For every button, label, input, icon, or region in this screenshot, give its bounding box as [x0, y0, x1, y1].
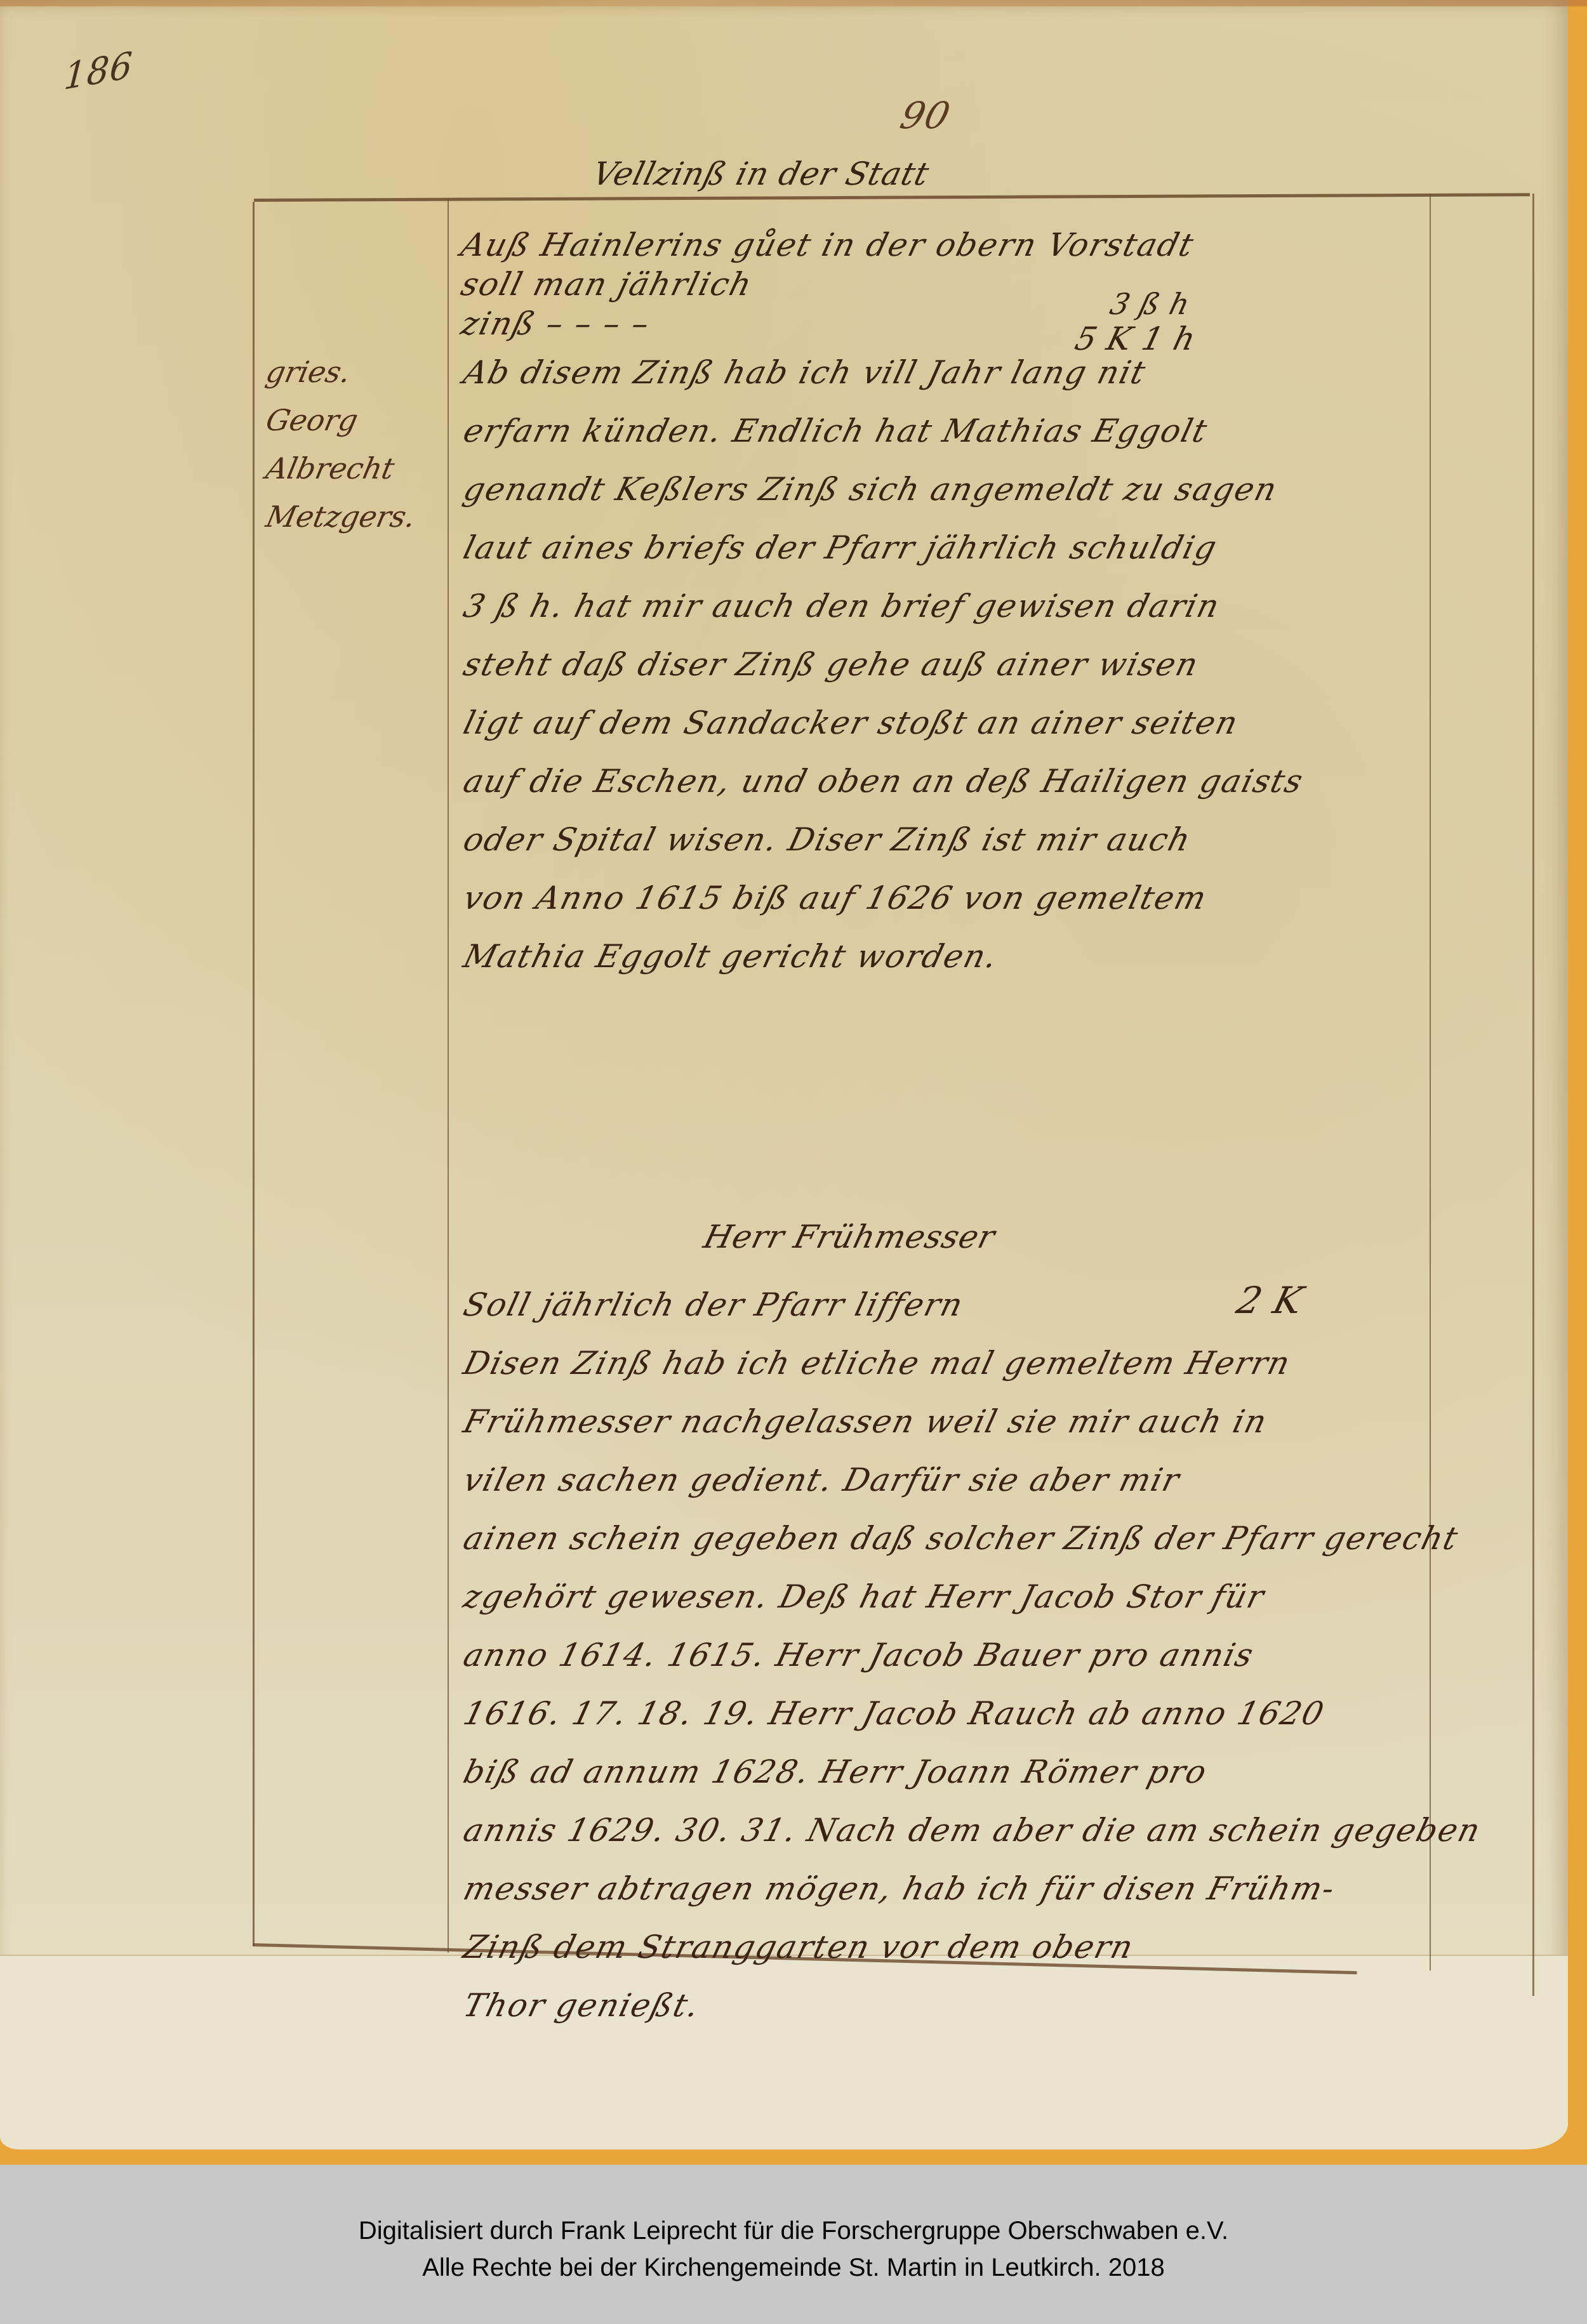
leaf-number: 90: [896, 94, 955, 137]
entry-line: oder Spital wisen. Diser Zinß ist mir au…: [457, 810, 1449, 869]
entry-line: Disen Zinß hab ich etliche mal gemeltem …: [457, 1334, 1449, 1392]
entry-1-amount-bottom: 5 K 1 h: [1072, 320, 1200, 357]
entry-line: genandt Keßlers Zinß sich angemeldt zu s…: [457, 460, 1449, 518]
entry-2-title: Herr Frühmesser: [700, 1218, 999, 1255]
entry-line: von Anno 1615 biß auf 1626 von gemeltem: [457, 869, 1449, 927]
entry-line: ainen schein gegeben daß solcher Zinß de…: [457, 1509, 1449, 1568]
entry-line: Thor genießt.: [457, 1976, 1449, 2035]
entry-line: anno 1614. 1615. Herr Jacob Bauer pro an…: [457, 1626, 1449, 1684]
entry-line: ligt auf dem Sandacker stoßt an ainer se…: [457, 694, 1449, 752]
page-top-edge: [0, 0, 1587, 6]
page-heading: Vellzinß in der Statt: [589, 155, 933, 192]
entry-line: Frühmesser nachgelassen weil sie mir auc…: [457, 1392, 1449, 1451]
margin-note-line: Albrecht: [262, 444, 443, 492]
entry-line: steht daß diser Zinß gehe auß ainer wise…: [457, 635, 1449, 694]
margin-column-rule: [448, 198, 449, 1953]
entry-line: 1616. 17. 18. 19. Herr Jacob Rauch ab an…: [457, 1684, 1449, 1743]
table-left-rule: [253, 202, 255, 1946]
table-top-rule: [254, 193, 1530, 202]
entry-line: zinß – – – –: [457, 304, 1444, 343]
entry-line: Mathia Eggolt gericht worden.: [457, 927, 1449, 986]
caption-line-rights: Alle Rechte bei der Kirchengemeinde St. …: [0, 2254, 1587, 2282]
margin-note: gries. Georg Albrecht Metzgers.: [267, 348, 438, 541]
margin-note-line: gries.: [262, 348, 443, 396]
entry-line: auf die Eschen, und oben an deß Hailigen…: [457, 752, 1449, 810]
entry-1: Auß Hainlerins gůet in der obern Vorstad…: [457, 225, 1435, 986]
entry-1-amount-top: 3 ß h: [1106, 287, 1193, 321]
entry-line: Auß Hainlerins gůet in der obern Vorstad…: [457, 225, 1444, 265]
copyright-caption: Digitalisiert durch Frank Leiprecht für …: [0, 2165, 1587, 2324]
caption-line-digitized-by: Digitalisiert durch Frank Leiprecht für …: [0, 2217, 1587, 2245]
manuscript-page: 186 90 Vellzinß in der Statt gries. Geor…: [0, 0, 1568, 2148]
margin-note-line: Metzgers.: [262, 492, 443, 541]
folio-number: 186: [62, 44, 134, 99]
entry-line: Ab disem Zinß hab ich vill Jahr lang nit: [457, 343, 1449, 402]
entry-line: Zinß dem Stranggarten vor dem obern: [457, 1918, 1449, 1976]
entry-line: soll man jährlich: [457, 265, 1444, 304]
entry-line: zgehört gewesen. Deß hat Herr Jacob Stor…: [457, 1568, 1449, 1626]
entry-line: erfarn künden. Endlich hat Mathias Eggol…: [457, 402, 1449, 460]
entry-line: laut aines briefs der Pfarr jährlich sch…: [457, 518, 1449, 577]
entry-line: biß ad annum 1628. Herr Joann Römer pro: [457, 1743, 1449, 1801]
entry-line: vilen sachen gedient. Darfür sie aber mi…: [457, 1451, 1449, 1509]
entry-line: annis 1629. 30. 31. Nach dem aber die am…: [457, 1801, 1449, 1859]
entry-2: Soll jährlich der Pfarr liffern Disen Zi…: [457, 1276, 1435, 2035]
entry-2-amount: 2 K: [1233, 1279, 1308, 1322]
entry-line: messer abtragen mögen, hab ich für disen…: [457, 1859, 1449, 1918]
table-right-rule: [1532, 194, 1534, 1996]
margin-note-line: Georg: [262, 396, 443, 444]
entry-line: 3 ß h. hat mir auch den brief gewisen da…: [457, 577, 1449, 635]
